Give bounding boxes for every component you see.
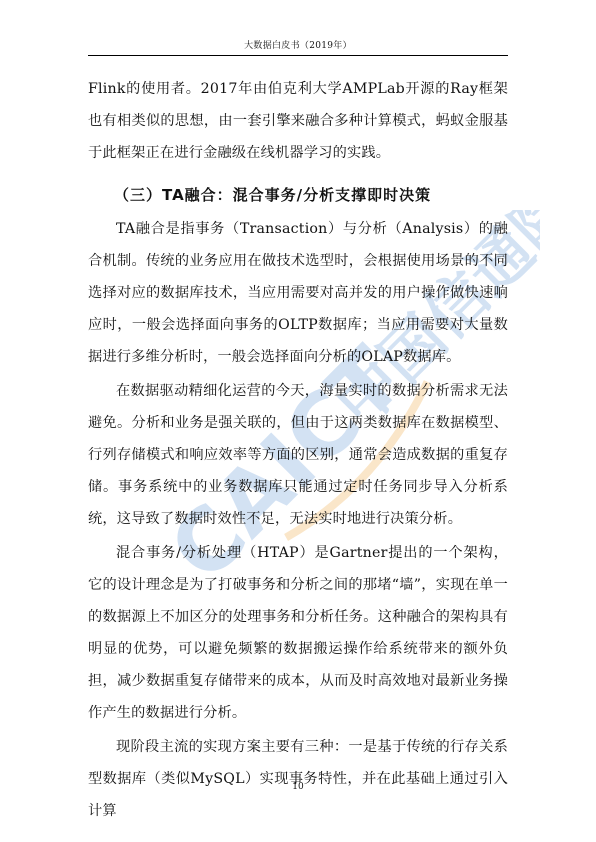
running-header: 大数据白皮书（2019年） <box>88 40 508 52</box>
body-text: Flink的使用者。2017年由伯克利大学AMPLab开源的Ray框架也有相类似… <box>88 73 508 827</box>
paragraph-data-driven: 在数据驱动精细化运营的今天，海量实时的数据分析需求无法避免。分析和业务是强关联的… <box>88 375 508 535</box>
paragraph-approaches: 现阶段主流的实现方案主要有三种：一是基于传统的行存关系型数据库（类似MySQL）… <box>88 731 508 827</box>
section-heading: （三）TA融合：混合事务/分析支撑即时决策 <box>88 181 508 209</box>
document-page: 大数据白皮书（2019年） CAICT 中国信通院 Flink的使用者。2017… <box>0 0 596 842</box>
paragraph-ta-definition: TA融合是指事务（Transaction）与分析（Analysis）的融合机制。… <box>88 213 508 373</box>
paragraph-continued: Flink的使用者。2017年由伯克利大学AMPLab开源的Ray框架也有相类似… <box>88 73 508 169</box>
paragraph-htap: 混合事务/分析处理（HTAP）是Gartner提出的一个架构，它的设计理念是为了… <box>88 537 508 729</box>
header-rule <box>88 55 508 56</box>
